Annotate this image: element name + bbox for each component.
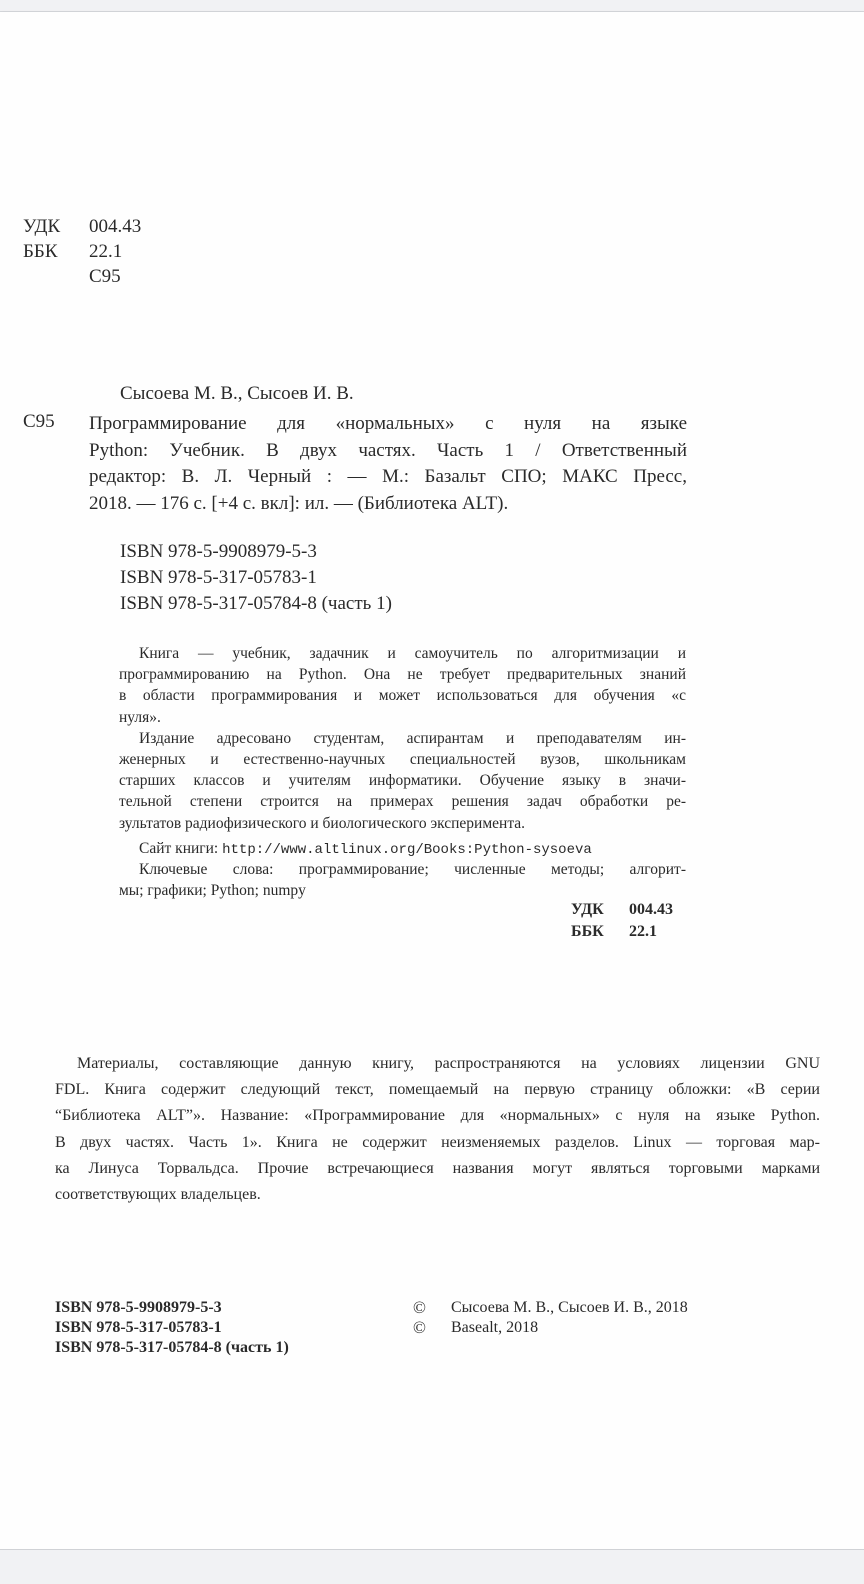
annotation-line: Книга — учебник, задачник и самоучитель … [119, 643, 686, 664]
isbn-line: ISBN 978-5-317-05784-8 (часть 1) [55, 1338, 289, 1358]
udk-value: 004.43 [89, 214, 141, 239]
annotation-line: женерных и естественно-научных специальн… [119, 749, 686, 770]
catalog-line: 2018. — 176 с. [+4 с. вкл]: ил. — (Библи… [89, 491, 687, 518]
udk-row: УДК 004.43 [23, 214, 141, 239]
isbn-line: ISBN 978-5-317-05784-8 (часть 1) [120, 591, 392, 617]
annotation-line: программированию на Python. Она не требу… [119, 664, 686, 685]
catalog-line: Python: Учебник. В двух частях. Часть 1 … [89, 438, 687, 465]
author-mark-row: С95 [23, 264, 141, 289]
bbk-key: ББК [571, 921, 629, 943]
license-line: соответствующих владельцев. [55, 1182, 820, 1208]
isbn-line: ISBN 978-5-317-05783-1 [120, 565, 392, 591]
annotation: Книга — учебник, задачник и самоучитель … [119, 643, 686, 901]
license-line: FDL. Книга содержит следующий текст, пом… [55, 1077, 820, 1103]
annotation-line: зультатов радиофизического и биологическ… [119, 813, 686, 834]
author-mark-value: С95 [89, 264, 121, 289]
classification-bottom: УДК 004.43 ББК 22.1 [571, 899, 673, 943]
isbn-line: ISBN 978-5-317-05783-1 [55, 1318, 289, 1338]
catalog-isbn-list: ISBN 978-5-9908979-5-3 ISBN 978-5-317-05… [120, 539, 392, 617]
bbk-row: ББК 22.1 [23, 239, 141, 264]
site-url-link[interactable]: http://www.altlinux.org/Books:Python-sys… [222, 842, 592, 858]
copyright-text: Basealt, 2018 [451, 1318, 538, 1338]
isbn-line: ISBN 978-5-9908979-5-3 [55, 1298, 289, 1318]
license-line: В двух частях. Часть 1». Книга не содерж… [55, 1130, 820, 1156]
isbn-line: ISBN 978-5-9908979-5-3 [120, 539, 392, 565]
bbk-row: ББК 22.1 [571, 921, 673, 943]
copyright-icon: © [413, 1298, 451, 1318]
author-mark-key [23, 264, 89, 289]
site-line: Сайт книги: http://www.altlinux.org/Book… [119, 838, 686, 859]
annotation-line: в области программирования и может испол… [119, 685, 686, 706]
bbk-value: 22.1 [629, 921, 657, 943]
catalog-line: Программирование для «нормальных» с нуля… [89, 411, 687, 438]
copyright-text: Сысоева М. В., Сысоев И. В., 2018 [451, 1298, 688, 1318]
udk-key: УДК [571, 899, 629, 921]
bbk-value: 22.1 [89, 239, 122, 264]
viewer-bottom-bar [0, 1549, 864, 1584]
copyright-line: © Сысоева М. В., Сысоев И. В., 2018 [413, 1298, 688, 1318]
udk-value: 004.43 [629, 899, 673, 921]
annotation-line: старших классов и учителям информатики. … [119, 770, 686, 791]
udk-key: УДК [23, 214, 89, 239]
annotation-line: Издание адресовано студентам, аспирантам… [119, 728, 686, 749]
license-line: “Библиотека ALT”». Название: «Программир… [55, 1103, 820, 1129]
udk-row: УДК 004.43 [571, 899, 673, 921]
annotation-line: тельной степени строится на примерах реш… [119, 791, 686, 812]
license-line: Материалы, составляющие данную книгу, ра… [55, 1051, 820, 1077]
catalog-line: редактор: В. Л. Черный : — М.: Базальт С… [89, 464, 687, 491]
catalog-description: Программирование для «нормальных» с нуля… [89, 411, 687, 517]
copyright-icon: © [413, 1318, 451, 1338]
viewer-top-bar [0, 0, 864, 12]
license-text: Материалы, составляющие данную книгу, ра… [55, 1051, 820, 1208]
classification-top: УДК 004.43 ББК 22.1 С95 [23, 214, 141, 289]
copyright-block: © Сысоева М. В., Сысоев И. В., 2018 © Ba… [413, 1298, 688, 1338]
copyright-line: © Basealt, 2018 [413, 1318, 688, 1338]
annotation-line: нуля». [119, 707, 686, 728]
site-label: Сайт книги: [139, 840, 218, 857]
catalog-authors: Сысоева М. В., Сысоев И. В. [120, 383, 354, 405]
bbk-key: ББК [23, 239, 89, 264]
footer-isbn-list: ISBN 978-5-9908979-5-3 ISBN 978-5-317-05… [55, 1298, 289, 1358]
catalog-code: С95 [23, 411, 55, 433]
keywords-line: Ключевые слова: программирование; числен… [119, 859, 686, 880]
license-line: ка Линуса Торвальдса. Прочие встречающие… [55, 1156, 820, 1182]
document-page[interactable]: УДК 004.43 ББК 22.1 С95 Сысоева М. В., С… [0, 12, 864, 1549]
